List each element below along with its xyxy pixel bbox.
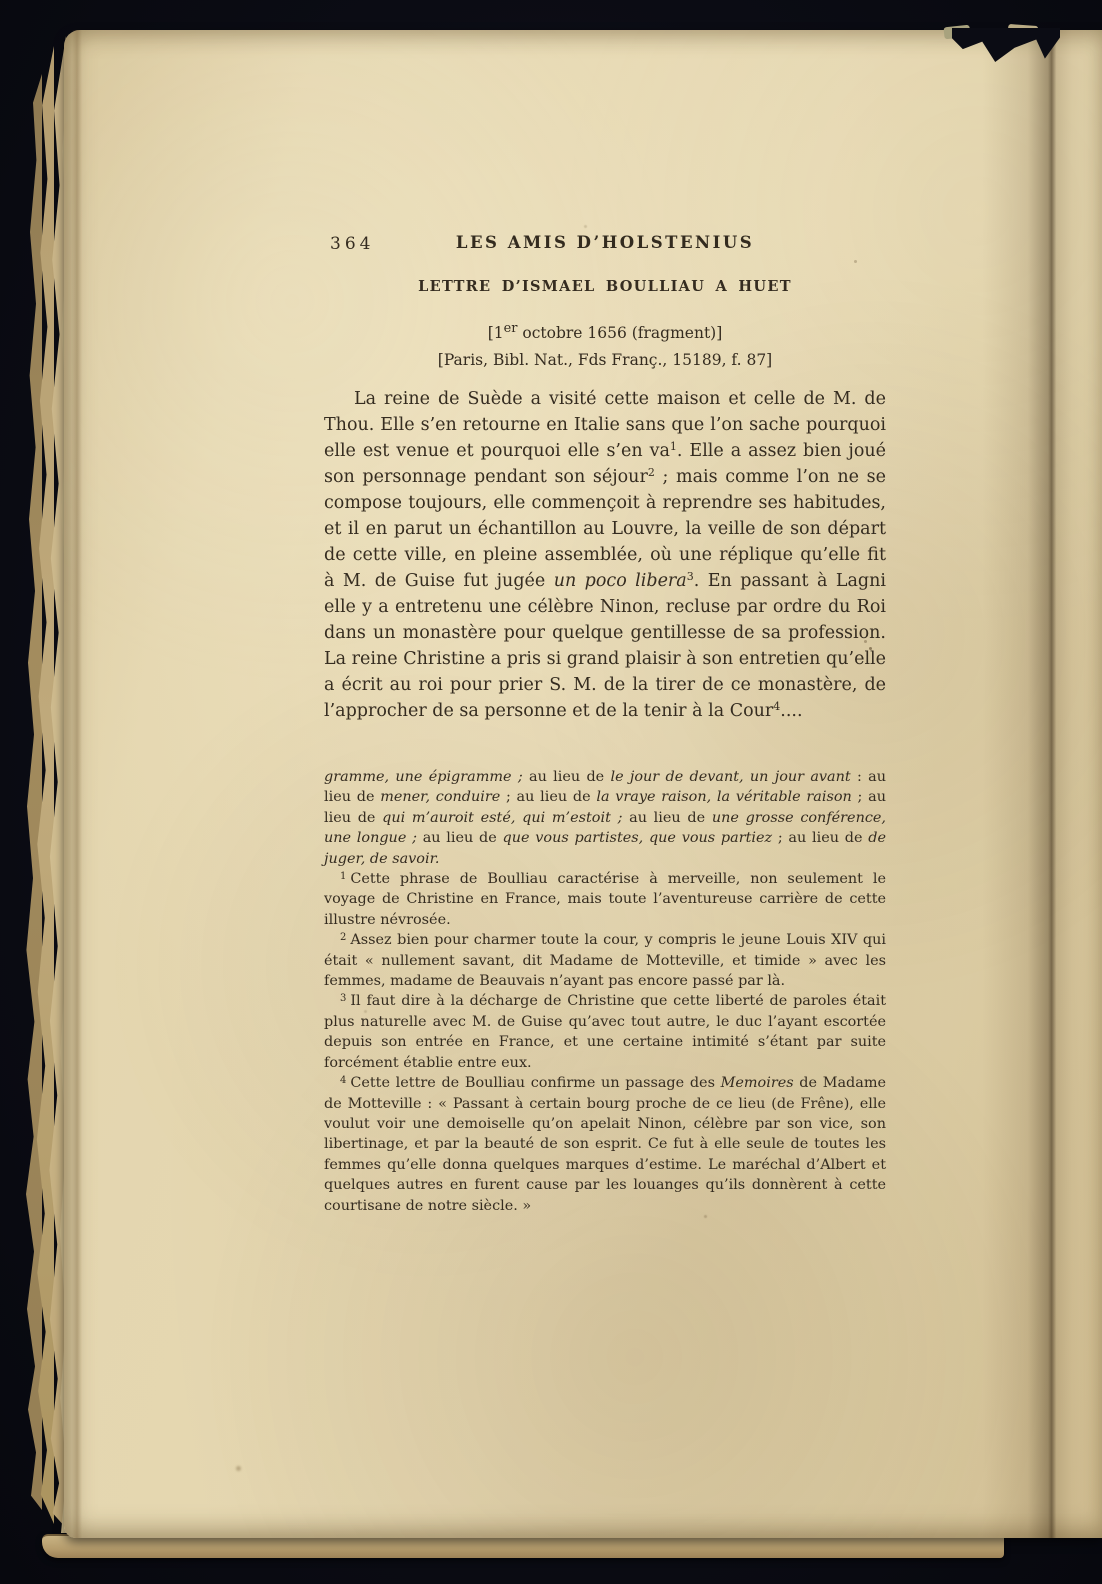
footnote-list: 1Cette phrase de Boulliau caractérise à … (324, 869, 886, 1216)
running-title: LES AMIS D’HOLSTENIUS (456, 233, 754, 252)
letter-source: [Paris, Bibl. Nat., Fds Franç., 15189, f… (324, 351, 886, 369)
footnote: 2Assez bien pour charmer toute la cour, … (324, 930, 886, 991)
footnote: 1Cette phrase de Boulliau caractérise à … (324, 869, 886, 930)
footnote: 4Cette lettre de Boulliau confirme un pa… (324, 1073, 886, 1216)
page-number: 364 (330, 234, 374, 254)
footnote-continuation: gramme, une épigramme ; au lieu de le jo… (324, 767, 886, 869)
paper-speckles (64, 30, 67, 33)
scan-background: { "colors": { "background": "#0b0c14", "… (0, 0, 1102, 1584)
footnotes-block: gramme, une épigramme ; au lieu de le jo… (324, 767, 886, 1216)
gutter-shadow (982, 30, 1102, 1538)
letter-date: [1er octobre 1656 (fragment)] (324, 321, 886, 342)
letter-heading: LETTRE D’ISMAEL BOULLIAU A HUET (324, 278, 886, 295)
page-header: 364 LES AMIS D’HOLSTENIUS (324, 233, 886, 259)
letter-body-paragraph: La reine de Suède a visité cette maison … (324, 386, 886, 724)
book-page: 364 LES AMIS D’HOLSTENIUS LETTRE D’ISMAE… (64, 30, 1102, 1538)
deckle-edge-outer (22, 74, 42, 1510)
footnote: 3Il faut dire à la décharge de Christine… (324, 991, 886, 1073)
left-fold-groove (72, 30, 82, 1538)
